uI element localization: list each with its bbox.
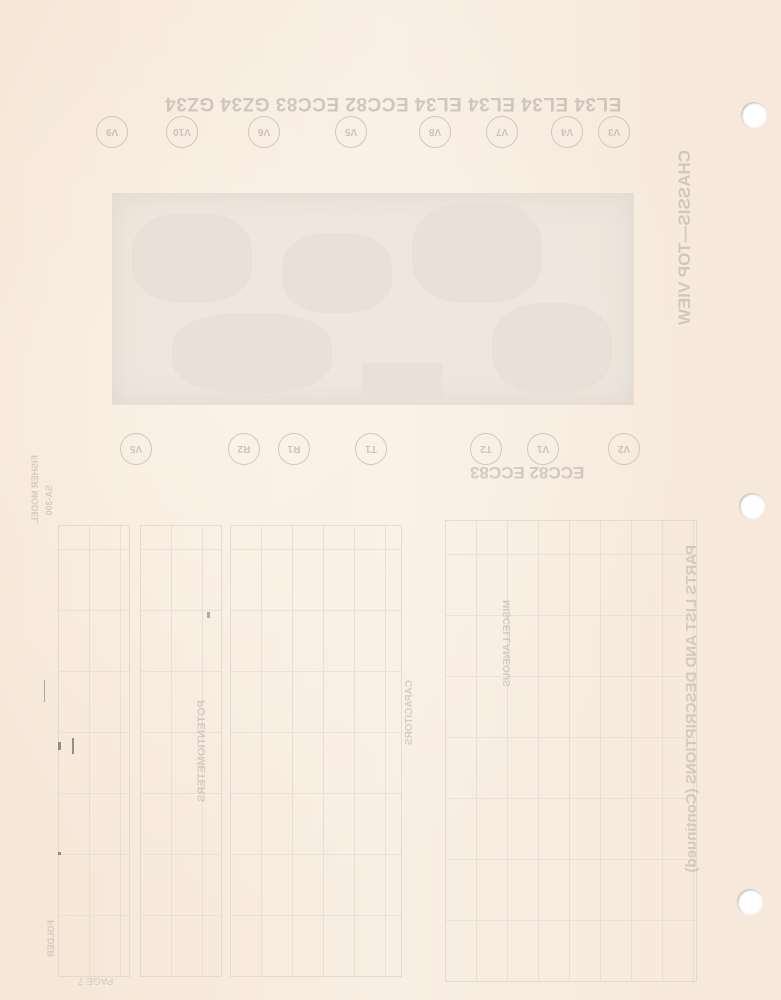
bottom-tube-types: ECC82 ECC83 [470,462,584,482]
section-capacitors: CAPACITORS [404,680,415,745]
parts-table-left [140,525,222,977]
section-potentiometers: POTENTIOMETERS [196,700,208,802]
binder-hole [739,493,765,519]
pencil-mark [44,680,45,702]
tube-label: V3 [598,116,630,148]
model-number: SA-300 [44,485,54,516]
binder-hole [737,889,763,915]
tube-label: V2 [608,433,640,465]
pencil-mark [72,738,74,754]
top-tube-types: EL34 EL34 EL34 EL34 ECC82 ECC83 GZ34 GZ3… [88,92,698,114]
tube-label: R1 [278,433,310,465]
tube-label: V5 [335,116,367,148]
tube-label: T1 [355,433,387,465]
section-miscellaneous: MISCELLANEOUS [502,600,513,687]
page-number: PAGE 7 [78,975,113,986]
parts-list-title: PARTS LIST AND DESCRIPTIONS (Continued) [683,545,700,945]
pencil-mark [58,742,61,750]
tube-label: V5 [120,433,152,465]
brand-model: FISHER MODEL [30,455,40,523]
parts-table-side [58,525,130,977]
chassis-title: CHASSIS—TOP VIEW [675,150,705,400]
tube-label: V7 [486,116,518,148]
pencil-mark [58,852,61,855]
pencil-mark [207,612,210,618]
binder-hole [741,102,767,128]
tube-label: V4 [551,116,583,148]
tube-label: V6 [248,116,280,148]
scanned-page: EL34 EL34 EL34 EL34 ECC82 ECC83 GZ34 GZ3… [0,0,781,1000]
tube-label: V1 [527,433,559,465]
parts-table-middle [230,525,402,977]
tube-label: R2 [228,433,260,465]
tube-label: T2 [470,433,502,465]
folder-label: FOLDER [46,920,56,957]
tube-label: V9 [96,116,128,148]
chassis-photo [112,193,634,405]
tube-label: V8 [419,116,451,148]
parts-table-right [445,520,697,982]
tube-label: V10 [166,116,198,148]
